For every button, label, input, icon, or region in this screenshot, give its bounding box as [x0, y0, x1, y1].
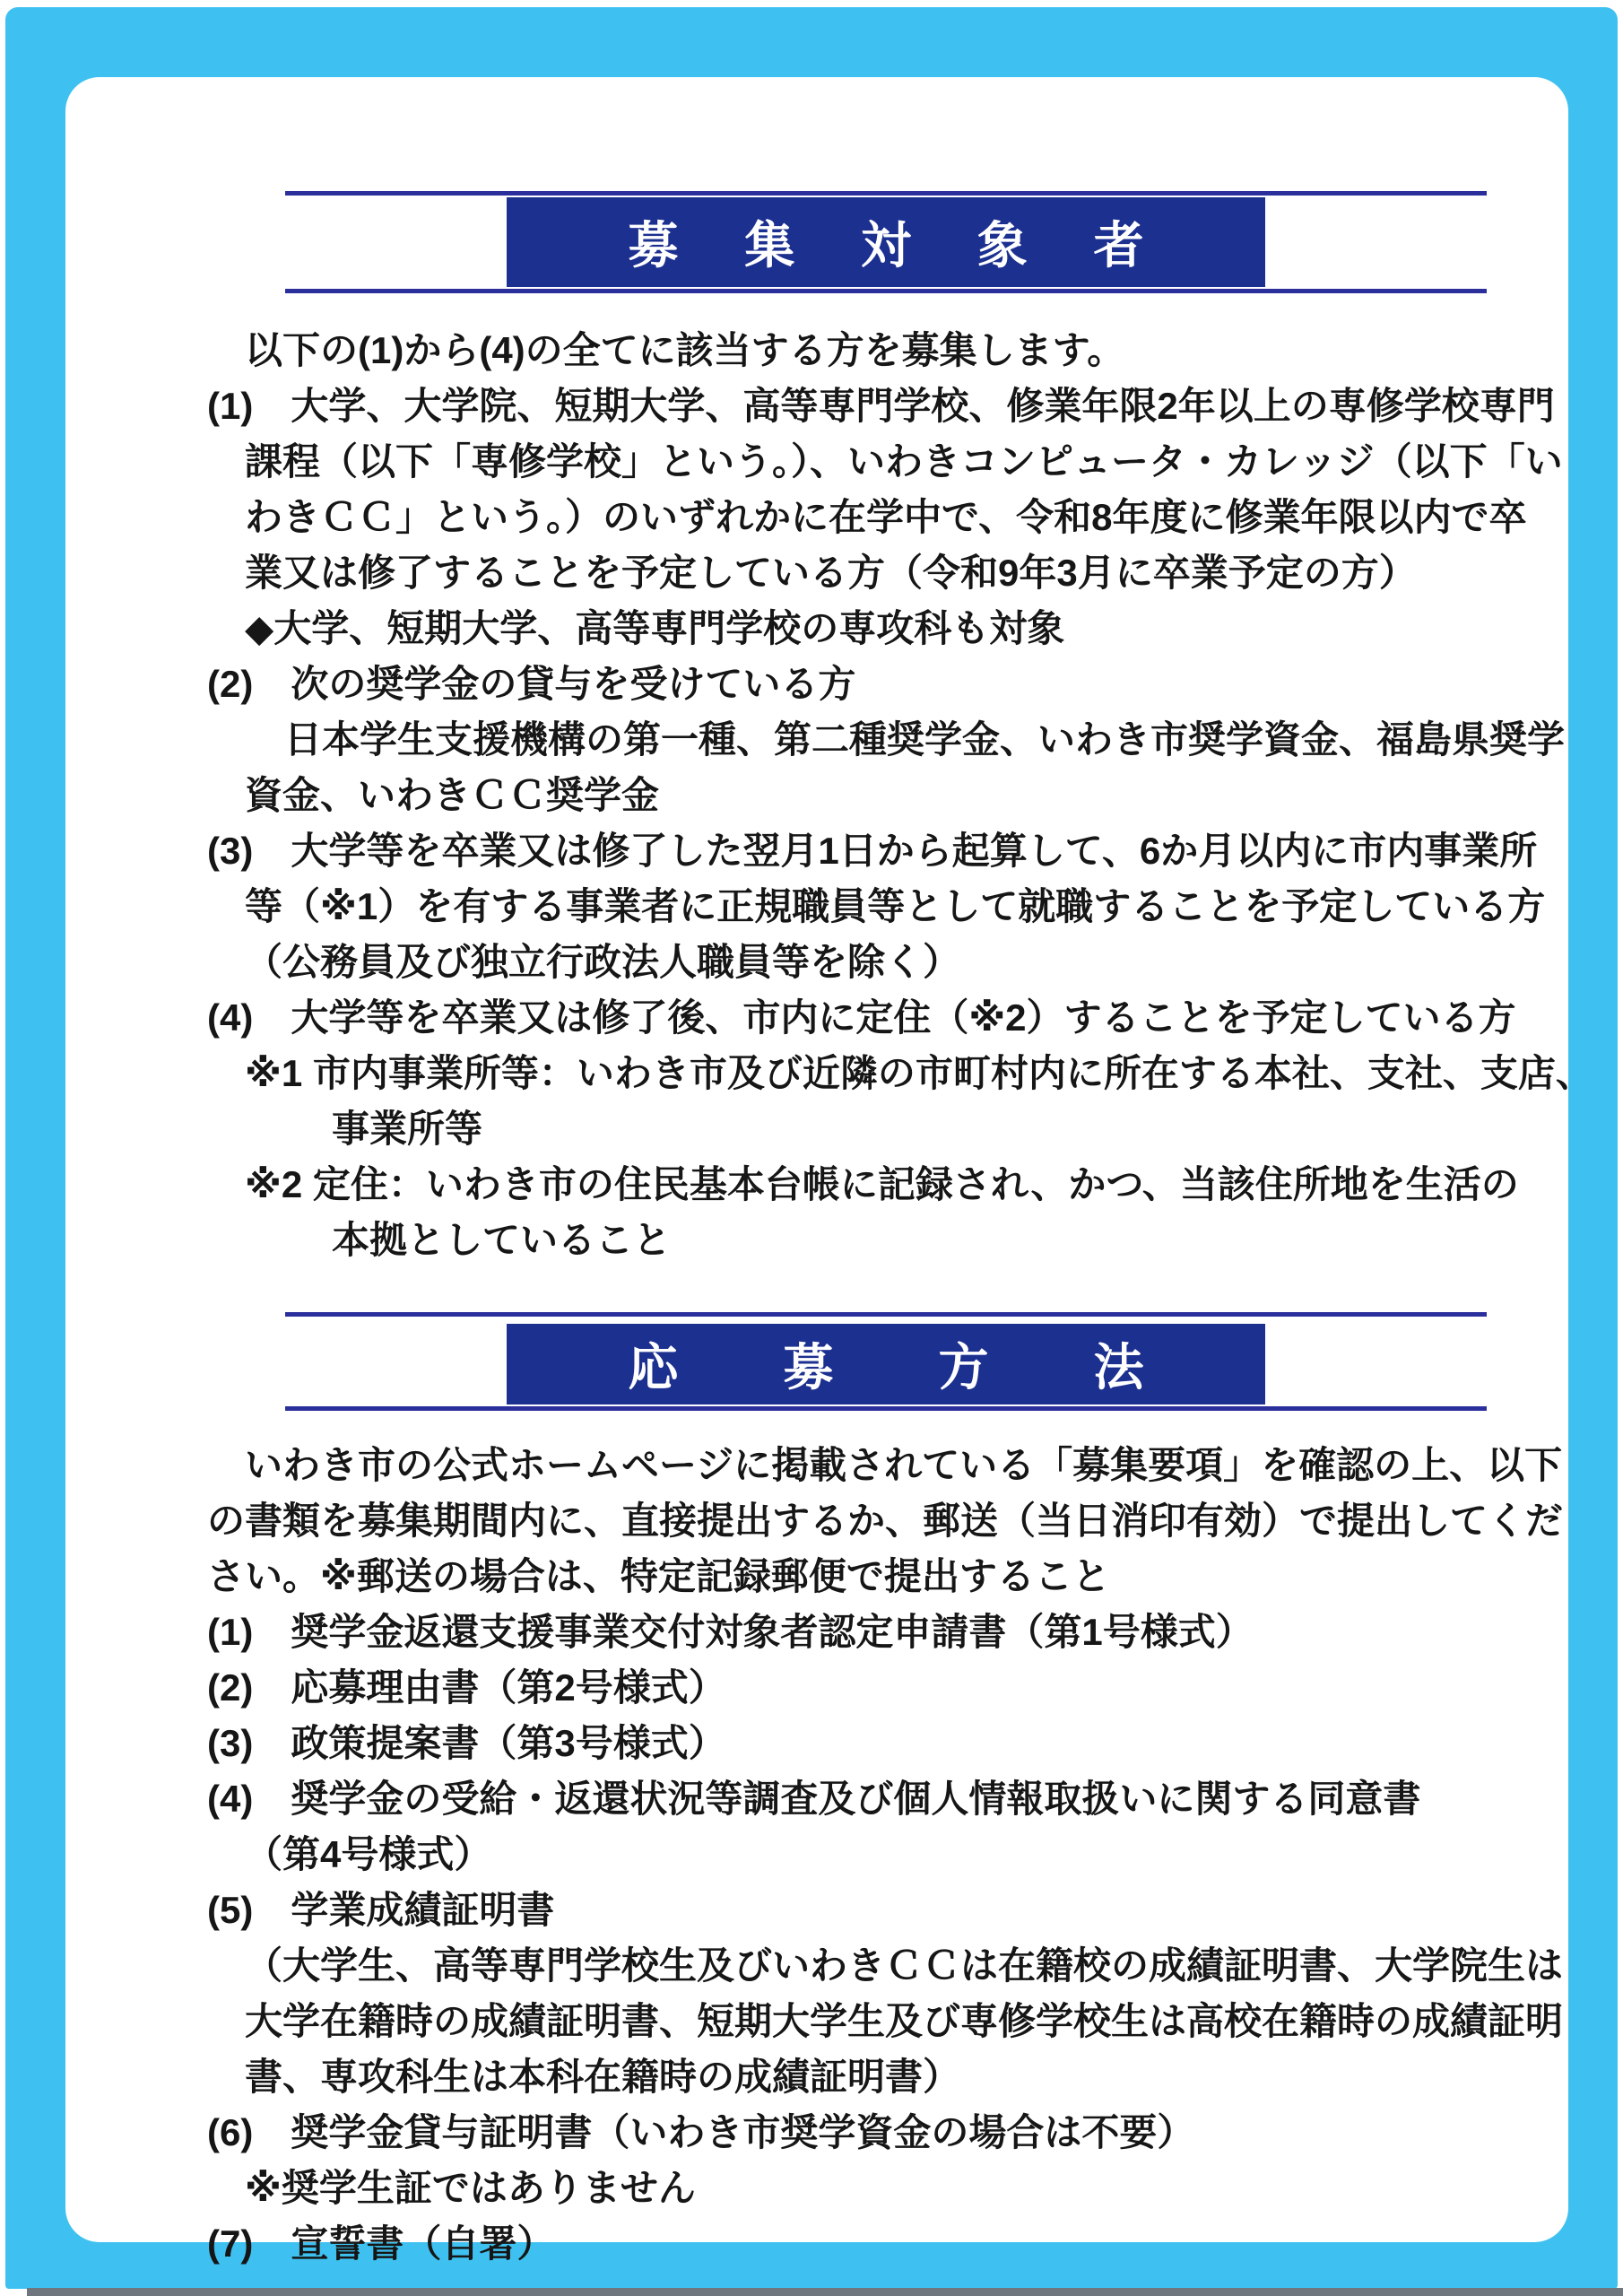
body-line: (2) 応募理由書（第2号様式） — [182, 1660, 1576, 1716]
body-line: 本拠としていること — [182, 1213, 1576, 1268]
body-line: (5) 学業成績証明書 — [182, 1883, 1576, 1938]
body-line: ※1 市内事業所等：いわき市及び近隣の市町村内に所在する本社、支社、支店、 — [182, 1046, 1576, 1101]
body-line: ※奨学生証ではありません — [182, 2161, 1576, 2216]
section-eligibility-body: 以下の(1)から(4)の全てに該当する方を募集します。 (1) 大学、大学院、短… — [182, 323, 1576, 1268]
body-line: (1) 奨学金返還支援事業交付対象者認定申請書（第1号様式） — [182, 1605, 1576, 1660]
body-line: わきＣＣ」という。）のいずれかに在学中で、令和8年度に修業年限以内で卒 — [182, 490, 1576, 545]
body-line: （第4号様式） — [182, 1827, 1576, 1883]
scanner-edge-artifact — [27, 2288, 1623, 2296]
body-line: 課程（以下「専修学校」という。）、いわきコンピュータ・カレッジ（以下「い — [182, 434, 1576, 490]
section-header-eligibility: 募集対象者 — [285, 191, 1487, 293]
body-line: 資金、いわきＣＣ奨学金 — [182, 768, 1576, 823]
section-title-how-to-apply: 応募方法 — [629, 1324, 1144, 1405]
body-line: 日本学生支援機構の第一種、第二種奨学金、いわき市奨学資金、福島県奨学 — [182, 712, 1576, 768]
body-line: (1) 大学、大学院、短期大学、高等専門学校、修業年限2年以上の専修学校専門 — [182, 378, 1576, 434]
body-line: (7) 宣誓書（自署） — [182, 2216, 1576, 2272]
body-line: ◆大学、短期大学、高等専門学校の専攻科も対象 — [182, 601, 1576, 657]
body-line: いわき市の公式ホームページに掲載されている「募集要項」を確認の上、以下 — [182, 1438, 1576, 1493]
body-line: （公務員及び独立行政法人職員等を除く） — [182, 935, 1576, 990]
body-line: の書類を募集期間内に、直接提出するか、郵送（当日消印有効）で提出してくだ — [182, 1493, 1576, 1549]
body-line: 大学在籍時の成績証明書、短期大学生及び専修学校生は高校在籍時の成績証明 — [182, 1994, 1576, 2049]
section-title-eligibility: 募集対象者 — [629, 197, 1144, 287]
body-line: さい。※郵送の場合は、特定記録郵便で提出すること — [182, 1549, 1576, 1605]
section-header-how-to-apply: 応募方法 — [285, 1312, 1487, 1411]
scanned-flyer-page: { "theme": { "frame_cyan": "#3ec1f0", "b… — [0, 0, 1623, 2296]
body-line: 業又は修了することを予定している方（令和9年3月に卒業予定の方） — [182, 545, 1576, 601]
section-header-box: 応募方法 — [507, 1324, 1265, 1405]
body-line: 事業所等 — [182, 1101, 1576, 1157]
body-line: (6) 奨学金貸与証明書（いわき市奨学資金の場合は不要） — [182, 2105, 1576, 2161]
content-panel: 募集対象者 以下の(1)から(4)の全てに該当する方を募集します。 (1) 大学… — [65, 77, 1568, 2242]
body-line: (4) 大学等を卒業又は修了後、市内に定住（※2）することを予定している方 — [182, 990, 1576, 1046]
section-how-to-apply-body: いわき市の公式ホームページに掲載されている「募集要項」を確認の上、以下 の書類を… — [182, 1438, 1576, 2272]
body-line: (4) 奨学金の受給・返還状況等調査及び個人情報取扱いに関する同意書 — [182, 1771, 1576, 1827]
section-header-box: 募集対象者 — [507, 197, 1265, 287]
body-line: (3) 大学等を卒業又は修了した翌月1日から起算して、6か月以内に市内事業所 — [182, 823, 1576, 879]
body-line: (2) 次の奨学金の貸与を受けている方 — [182, 657, 1576, 712]
body-line: (3) 政策提案書（第3号様式） — [182, 1716, 1576, 1771]
body-line: （大学生、高等専門学校生及びいわきＣＣは在籍校の成績証明書、大学院生は — [182, 1938, 1576, 1994]
body-line: ※2 定住：いわき市の住民基本台帳に記録され、かつ、当該住所地を生活の — [182, 1157, 1576, 1213]
body-line: 書、専攻科生は本科在籍時の成績証明書） — [182, 2049, 1576, 2105]
body-line: 等（※1）を有する事業者に正規職員等として就職することを予定している方 — [182, 879, 1576, 935]
body-line: 以下の(1)から(4)の全てに該当する方を募集します。 — [182, 323, 1576, 378]
cyan-border-frame: 募集対象者 以下の(1)から(4)の全てに該当する方を募集します。 (1) 大学… — [5, 7, 1618, 2289]
